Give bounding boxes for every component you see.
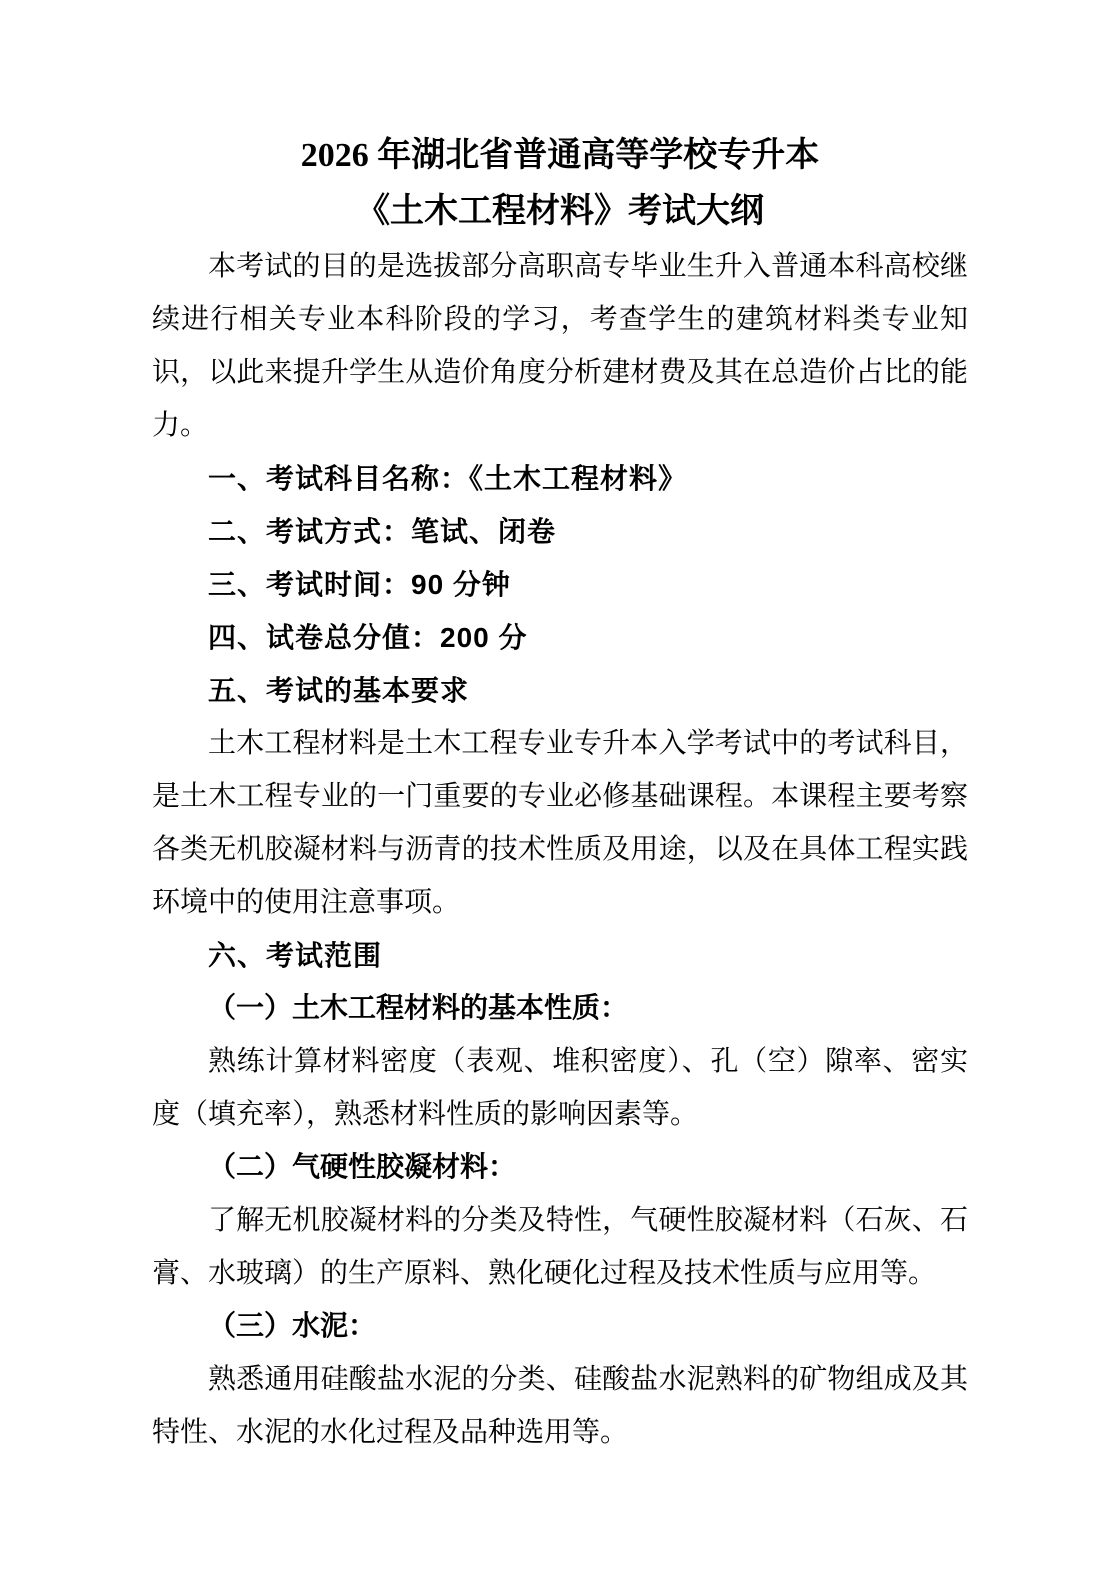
- section-3-heading: （三）水泥：: [152, 1300, 968, 1353]
- section-2-body: 了解无机胶凝材料的分类及特性，气硬性胶凝材料（石灰、石膏、水玻璃）的生产原料、熟…: [152, 1194, 968, 1300]
- item-exam-format: 二、考试方式：笔试、闭卷: [152, 505, 968, 558]
- section-1-heading: （一）土木工程材料的基本性质：: [152, 982, 968, 1035]
- title-line-1: 2026 年湖北省普通高等学校专升本: [152, 128, 968, 184]
- item-exam-total-score: 四、试卷总分值：200 分: [152, 611, 968, 664]
- document-title: 2026 年湖北省普通高等学校专升本 《土木工程材料》考试大纲: [152, 128, 968, 240]
- section-1-body: 熟练计算材料密度（表观、堆积密度）、孔（空）隙率、密实度（填充率），熟悉材料性质…: [152, 1035, 968, 1141]
- item-exam-subject: 一、考试科目名称：《土木工程材料》: [152, 452, 968, 505]
- basic-requirements-paragraph: 土木工程材料是土木工程专业专升本入学考试中的考试科目，是土木工程专业的一门重要的…: [152, 717, 968, 929]
- item-exam-scope: 六、考试范围: [152, 929, 968, 982]
- document-content: 2026 年湖北省普通高等学校专升本 《土木工程材料》考试大纲 本考试的目的是选…: [152, 128, 968, 1459]
- intro-paragraph: 本考试的目的是选拔部分高职高专毕业生升入普通本科高校继续进行相关专业本科阶段的学…: [152, 240, 968, 452]
- document-page: 2026 年湖北省普通高等学校专升本 《土木工程材料》考试大纲 本考试的目的是选…: [0, 0, 1108, 1570]
- item-exam-duration: 三、考试时间：90 分钟: [152, 558, 968, 611]
- title-line-2: 《土木工程材料》考试大纲: [152, 184, 968, 240]
- section-2-heading: （二）气硬性胶凝材料：: [152, 1141, 968, 1194]
- section-3-body: 熟悉通用硅酸盐水泥的分类、硅酸盐水泥熟料的矿物组成及其特性、水泥的水化过程及品种…: [152, 1353, 968, 1459]
- item-exam-basic-requirements: 五、考试的基本要求: [152, 664, 968, 717]
